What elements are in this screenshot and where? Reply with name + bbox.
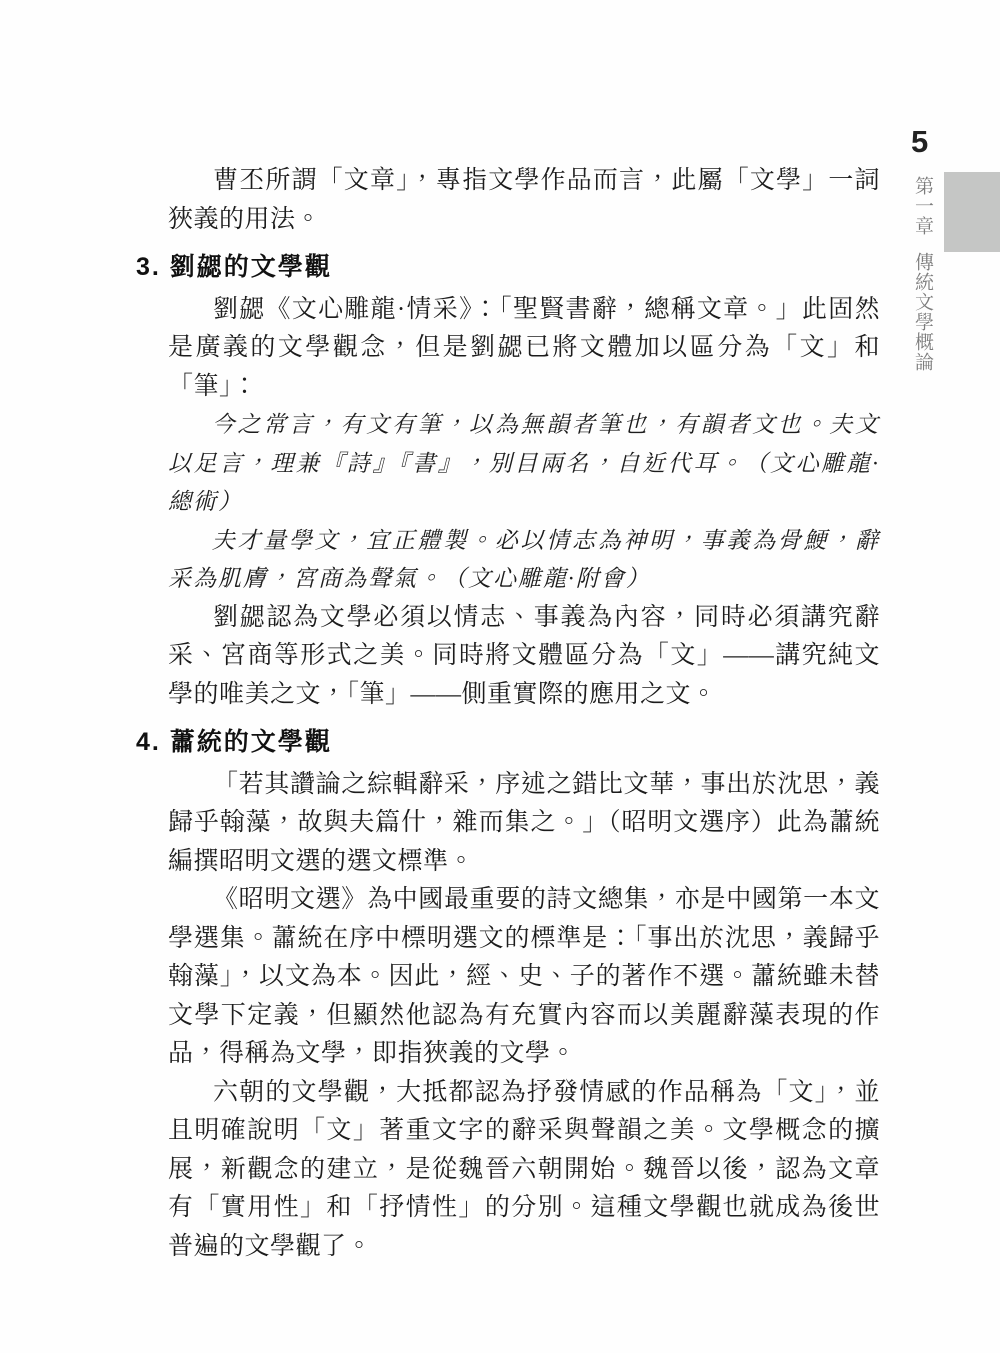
paragraph-xiao-tong-selection-quote: 「若其讚論之綜輯辭采，序述之錯比文華，事出於沈思，義歸乎翰藻，故與夫篇什，雜而集…: [168, 766, 880, 882]
section-heading-liu-xie: 3. 劉勰的文學觀: [136, 248, 880, 287]
chapter-tab-marker: [944, 172, 1000, 252]
main-text-column: 曹丕所謂「文章」，專指文學作品而言，此屬「文學」一詞狹義的用法。 3. 劉勰的文…: [168, 162, 880, 1266]
book-title-vertical-label: 傳統文學概論: [909, 252, 936, 372]
paragraph-liu-xie-summary: 劉勰認為文學必須以情志、事義為內容，同時必須講究辭采、宮商等形式之美。同時將文體…: [168, 599, 880, 715]
paragraph-liu-xie-opening: 劉勰《文心雕龍·情采》：「聖賢書辭，總稱文章。」此固然是廣義的文學觀念，但是劉勰…: [168, 291, 880, 407]
paragraph-caopi-usage: 曹丕所謂「文章」，專指文學作品而言，此屬「文學」一詞狹義的用法。: [168, 162, 880, 239]
book-page: 曹丕所謂「文章」，專指文學作品而言，此屬「文學」一詞狹義的用法。 3. 劉勰的文…: [0, 0, 1000, 1353]
paragraph-zhaoming-wenxuan: 《昭明文選》為中國最重要的詩文總集，亦是中國第一本文學選集。蕭統在序中標明選文的…: [168, 881, 880, 1074]
paragraph-six-dynasties-view: 六朝的文學觀，大抵都認為抒發情感的作品稱為「文」，並且明確說明「文」著重文字的辭…: [168, 1074, 880, 1267]
section-heading-xiao-tong: 4. 蕭統的文學觀: [136, 723, 880, 762]
chapter-number-vertical-label: 第一章: [909, 176, 936, 236]
quote-block-fuhui: 夫才量學文，宜正體製。必以情志為神明，事義為骨鯁，辭采為肌膚，宮商為聲氣。（文心…: [168, 522, 880, 599]
page-number: 5: [911, 124, 928, 160]
quote-block-zongshu: 今之常言，有文有筆，以為無韻者筆也，有韻者文也。夫文以足言，理兼『詩』『書』，別…: [168, 406, 880, 522]
